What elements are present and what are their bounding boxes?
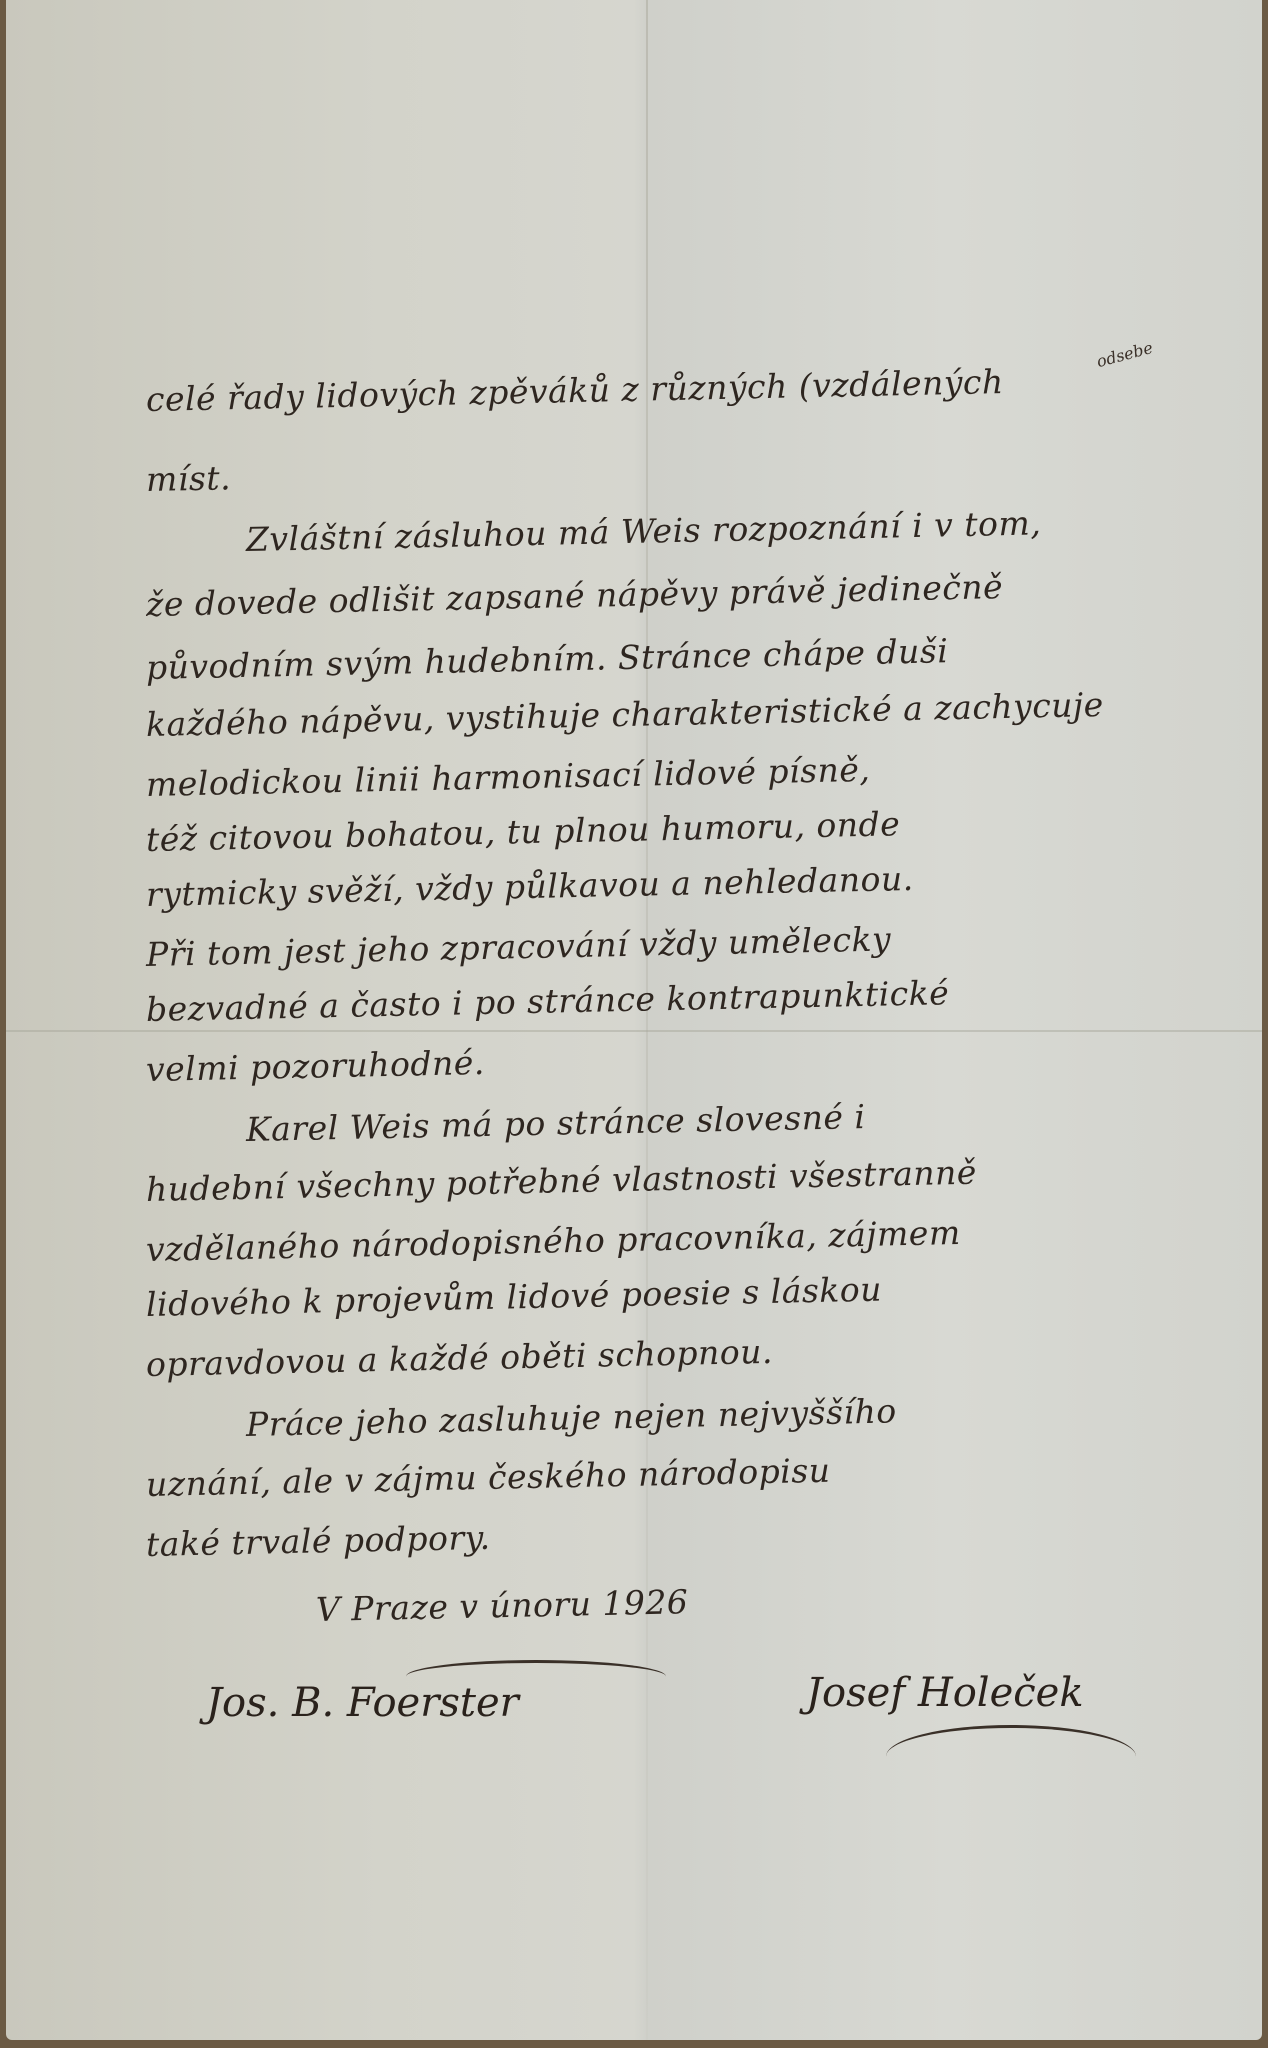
text-line: celé řady lidových zpěváků z různých (vz… <box>146 362 1004 419</box>
text-line: vzdělaného národopisného pracovníka, záj… <box>146 1213 961 1269</box>
text-line: původním svým hudebním. Stránce chápe du… <box>146 631 949 687</box>
date-line: V Praze v únoru 1926 <box>316 1582 689 1629</box>
text-line: Při tom jest jeho zpracování vždy umělec… <box>146 919 892 974</box>
signature-holecek: Josef Holeček <box>806 1670 1084 1716</box>
vertical-fold-crease <box>646 0 648 2040</box>
text-line: Karel Weis má po stránce slovesné i <box>246 1097 866 1149</box>
signature-flourish <box>406 1660 666 1693</box>
text-line: opravdovou a každé oběti schopnou. <box>146 1332 774 1384</box>
text-line: uznání, ale v zájmu českého národopisu <box>146 1451 831 1504</box>
letter-paper: odsebe celé řady lidových zpěváků z různ… <box>6 0 1262 2040</box>
text-line: velmi pozoruhodné. <box>146 1043 486 1089</box>
text-line: melodickou linii harmonisací lidové písn… <box>146 750 871 804</box>
text-line: hudební všechny potřebné vlastnosti všes… <box>146 1153 978 1209</box>
text-line: každého nápěvu, vystihuje charakteristic… <box>146 685 1105 744</box>
text-line: též citovou bohatou, tu plnou humoru, on… <box>146 804 901 859</box>
signature-flourish <box>886 1725 1136 1788</box>
text-line: že dovede odlišit zapsané nápěvy právě j… <box>146 567 1004 624</box>
text-line: míst. <box>146 458 232 499</box>
text-line: Práce jeho zasluhuje nejen nejvyššího <box>246 1391 897 1444</box>
text-line: Zvláštní zásluhou má Weis rozpoznání i v… <box>246 503 1042 559</box>
text-line: rytmicky svěží, vždy půlkavou a nehledan… <box>146 859 914 914</box>
text-line: bezvadné a často i po stránce kontrapunk… <box>146 973 950 1029</box>
horizontal-fold-crease <box>6 1030 1262 1032</box>
text-line: také trvalé podpory. <box>146 1518 491 1564</box>
text-line: lidového k projevům lidové poesie s lásk… <box>146 1270 883 1324</box>
interlinear-insertion: odsebe <box>1095 338 1155 371</box>
